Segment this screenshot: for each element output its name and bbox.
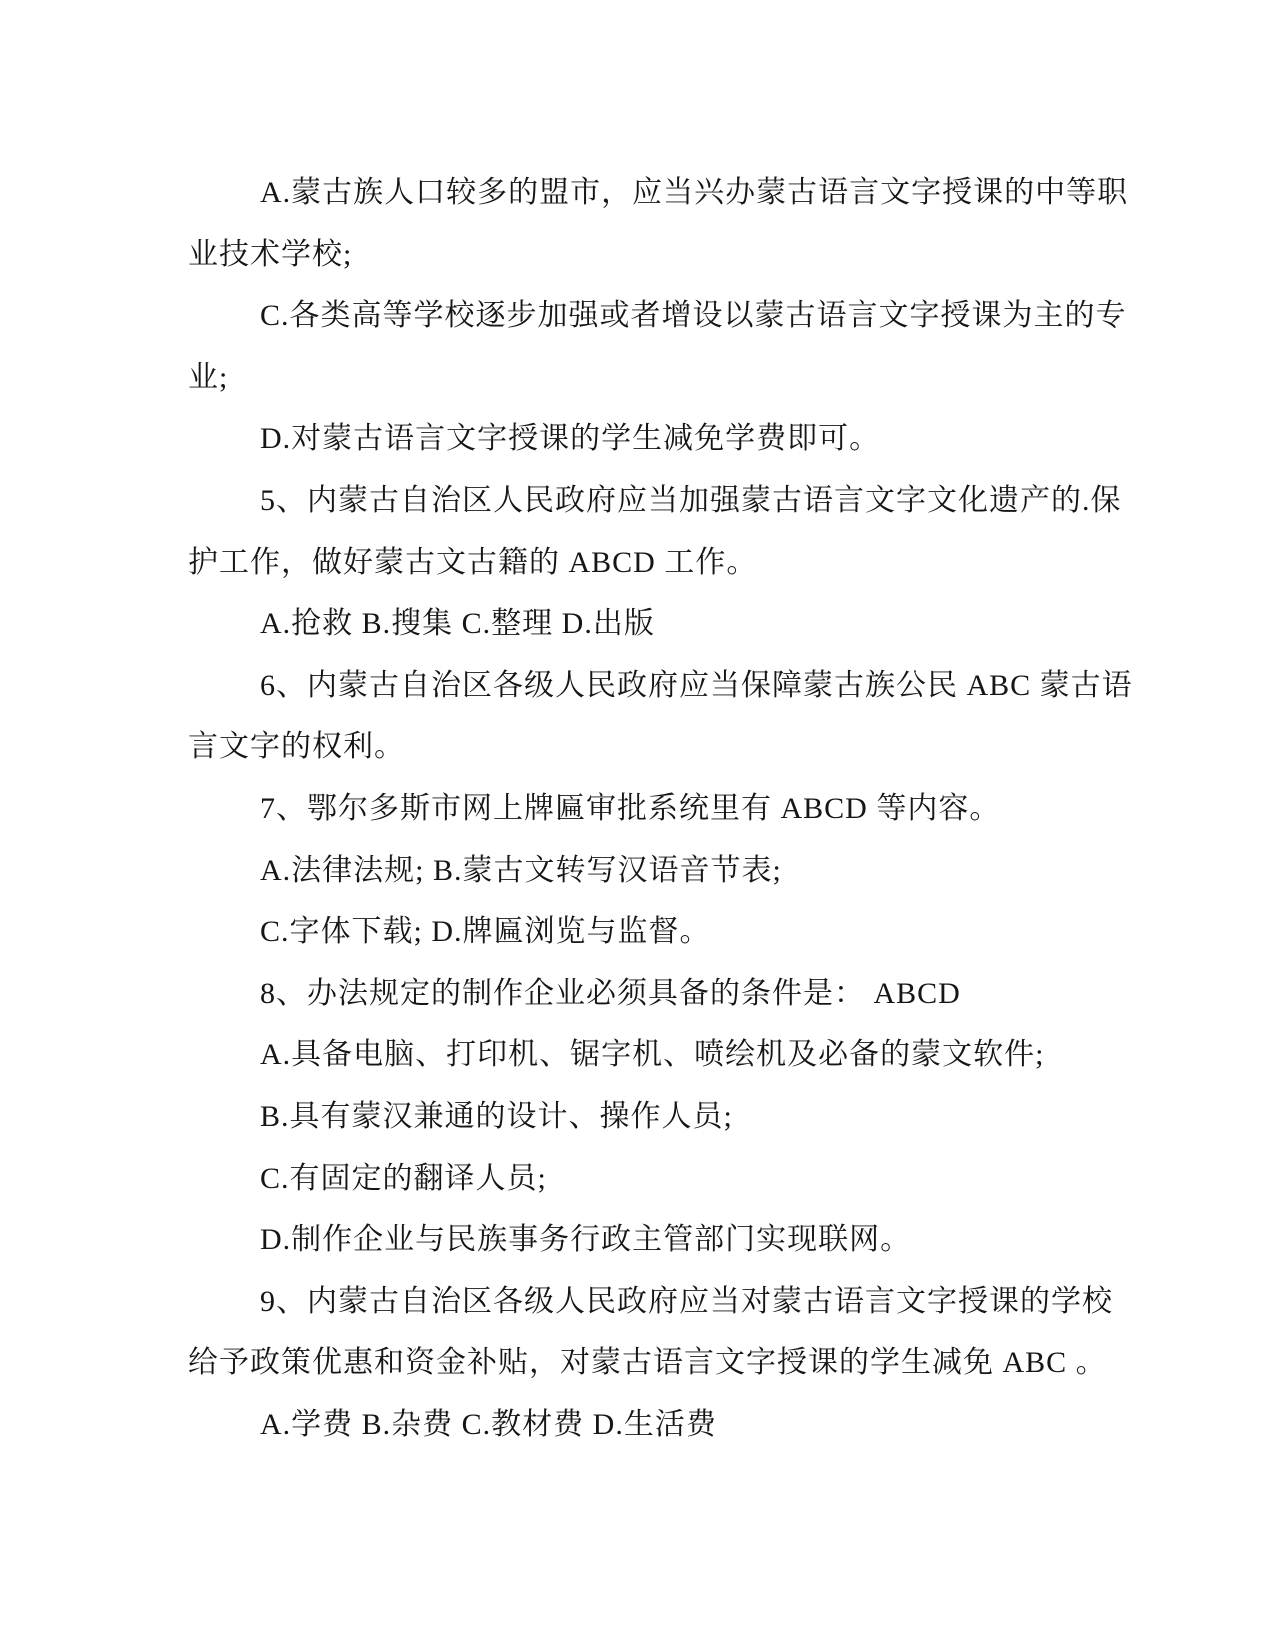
text-line: A.抢救 B.搜集 C.整理 D.出版 — [188, 593, 1098, 655]
text-line: C.字体下载; D.牌匾浏览与监督。 — [188, 901, 1098, 963]
text-line: 护工作，做好蒙古文古籍的 ABCD 工作。 — [188, 532, 1098, 594]
document-content: A.蒙古族人口较多的盟市，应当兴办蒙古语言文字授课的中等职业技术学校;C.各类高… — [188, 162, 1098, 1455]
text-line: D.对蒙古语言文字授课的学生减免学费即可。 — [188, 408, 1098, 470]
text-line: A.法律法规; B.蒙古文转写汉语音节表; — [188, 840, 1098, 902]
text-line: B.具有蒙汉兼通的设计、操作人员; — [188, 1086, 1098, 1148]
text-line: 9、内蒙古自治区各级人民政府应当对蒙古语言文字授课的学校 — [188, 1271, 1098, 1333]
text-line: 7、鄂尔多斯市网上牌匾审批系统里有 ABCD 等内容。 — [188, 778, 1098, 840]
text-line: 8、办法规定的制作企业必须具备的条件是： ABCD — [188, 963, 1098, 1025]
text-line: D.制作企业与民族事务行政主管部门实现联网。 — [188, 1209, 1098, 1271]
text-line: A.学费 B.杂费 C.教材费 D.生活费 — [188, 1394, 1098, 1456]
text-line: 5、内蒙古自治区人民政府应当加强蒙古语言文字文化遗产的.保 — [188, 470, 1098, 532]
text-line: A.具备电脑、打印机、锯字机、喷绘机及必备的蒙文软件; — [188, 1024, 1098, 1086]
text-line: C.有固定的翻译人员; — [188, 1148, 1098, 1210]
text-line: 业技术学校; — [188, 224, 1098, 286]
text-line: 言文字的权利。 — [188, 716, 1098, 778]
text-line: 给予政策优惠和资金补贴，对蒙古语言文字授课的学生减免 ABC 。 — [188, 1332, 1098, 1394]
text-line: C.各类高等学校逐步加强或者增设以蒙古语言文字授课为主的专 — [188, 285, 1098, 347]
text-line: A.蒙古族人口较多的盟市，应当兴办蒙古语言文字授课的中等职 — [188, 162, 1098, 224]
text-line: 6、内蒙古自治区各级人民政府应当保障蒙古族公民 ABC 蒙古语 — [188, 655, 1098, 717]
text-line: 业; — [188, 347, 1098, 409]
document-page: A.蒙古族人口较多的盟市，应当兴办蒙古语言文字授课的中等职业技术学校;C.各类高… — [0, 0, 1275, 1650]
